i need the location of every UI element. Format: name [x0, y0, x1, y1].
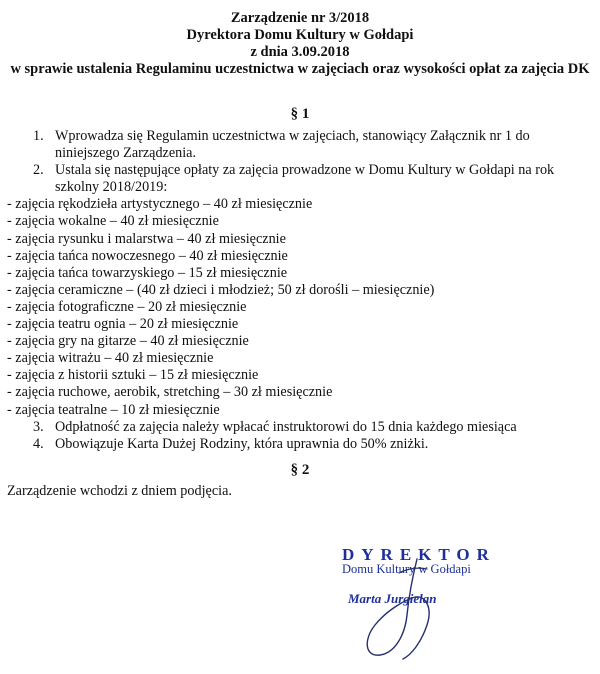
- fee-item: - zajęcia rękodzieła artystycznego – 40 …: [7, 196, 600, 213]
- fee-item: - zajęcia teatru ognia – 20 zł miesięczn…: [7, 316, 600, 333]
- fee-item: - zajęcia wokalne – 40 zł miesięcznie: [7, 213, 600, 230]
- item-text: Wprowadza się Regulamin uczestnictwa w z…: [55, 128, 600, 162]
- section-2-text: Zarządzenie wchodzi z dniem podjęcia.: [7, 483, 232, 500]
- fee-item: - zajęcia witrażu – 40 zł miesięcznie: [7, 350, 600, 367]
- section-2-sign: § 2: [0, 462, 600, 479]
- handwritten-signature-icon: [355, 555, 465, 665]
- fee-item: - zajęcia fotograficzne – 20 zł miesięcz…: [7, 299, 600, 316]
- issuer: Dyrektora Domu Kultury w Gołdapi: [0, 27, 600, 44]
- document-page: Zarządzenie nr 3/2018 Dyrektora Domu Kul…: [0, 0, 600, 674]
- fee-item: - zajęcia gry na gitarze – 40 zł miesięc…: [7, 333, 600, 350]
- order-subject: w sprawie ustalenia Regulaminu uczestnic…: [0, 61, 600, 78]
- item-text: Odpłatność za zajęcia należy wpłacać ins…: [55, 419, 600, 436]
- document-header: Zarządzenie nr 3/2018 Dyrektora Domu Kul…: [0, 10, 600, 78]
- fee-item: - zajęcia z historii sztuki – 15 zł mies…: [7, 367, 600, 384]
- fee-item: - zajęcia tańca towarzyskiego – 15 zł mi…: [7, 265, 600, 282]
- item-text: Obowiązuje Karta Dużej Rodziny, która up…: [55, 436, 600, 453]
- fee-item: - zajęcia ceramiczne – (40 zł dzieci i m…: [7, 282, 600, 299]
- section-1-sign: § 1: [0, 106, 600, 123]
- item-number: 4.: [33, 436, 44, 453]
- order-number: Zarządzenie nr 3/2018: [0, 10, 600, 27]
- fee-item: - zajęcia teatralne – 10 zł miesięcznie: [7, 402, 600, 419]
- numbered-item: 1. Wprowadza się Regulamin uczestnictwa …: [0, 128, 600, 162]
- numbered-item: 2. Ustala się następujące opłaty za zaję…: [0, 162, 600, 196]
- fee-list: - zajęcia rękodzieła artystycznego – 40 …: [0, 196, 600, 418]
- fee-item: - zajęcia ruchowe, aerobik, stretching –…: [7, 384, 600, 401]
- fee-item: - zajęcia tańca nowoczesnego – 40 zł mie…: [7, 248, 600, 265]
- item-number: 2.: [33, 162, 55, 179]
- item-number: 1.: [33, 128, 55, 145]
- numbered-item: 3. Odpłatność za zajęcia należy wpłacać …: [0, 419, 600, 436]
- fee-item: - zajęcia rysunku i malarstwa – 40 zł mi…: [7, 231, 600, 248]
- item-text: Ustala się następujące opłaty za zajęcia…: [55, 162, 600, 196]
- issue-date: z dnia 3.09.2018: [0, 44, 600, 61]
- section-1-body: 1. Wprowadza się Regulamin uczestnictwa …: [0, 128, 600, 453]
- numbered-item: 4. Obowiązuje Karta Dużej Rodziny, która…: [0, 436, 600, 453]
- item-number: 3.: [33, 419, 44, 436]
